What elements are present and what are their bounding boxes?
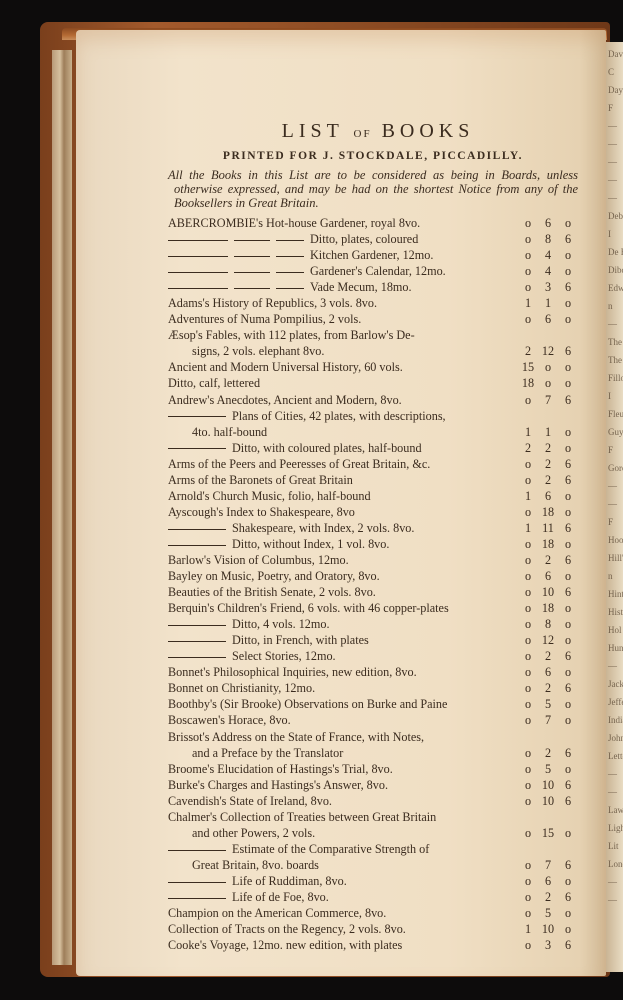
price-pounds: o [518, 616, 538, 632]
book-title-cell: Ancient and Modern Universal History, 60… [168, 359, 516, 375]
price-pounds: o [518, 568, 538, 584]
book-list-row: Estimate of the Comparative Strength of [168, 841, 578, 857]
book-price: o6o [516, 311, 578, 327]
price-shillings: 6 [538, 488, 558, 504]
facing-page-text-fragment: — [608, 175, 623, 186]
facing-page-text-fragment: F [608, 517, 623, 528]
price-shillings: 2 [538, 680, 558, 696]
book-list-row: Ditto, plates, colouredo86 [168, 231, 578, 247]
book-title: Boscawen's Horace, 8vo. [168, 713, 291, 727]
book-price: o5o [516, 696, 578, 712]
book-price: o7o [516, 712, 578, 728]
book-title: Champion on the American Commerce, 8vo. [168, 906, 386, 920]
book-title: Life of de Foe, 8vo. [232, 890, 329, 904]
price-pence: o [558, 247, 578, 263]
facing-page-text-fragment: — [608, 121, 623, 132]
book-title: Barlow's Vision of Columbus, 12mo. [168, 553, 349, 567]
facing-page-text-fragment: — [608, 787, 623, 798]
price-shillings: 2 [538, 472, 558, 488]
price-pence: o [558, 295, 578, 311]
price-pounds: o [518, 664, 538, 680]
book-title-cell: Broome's Elucidation of Hastings's Trial… [168, 761, 516, 777]
book-title: Berquin's Children's Friend, 6 vols. wit… [168, 601, 449, 615]
price-pence: 6 [558, 231, 578, 247]
price-pounds: o [518, 584, 538, 600]
facing-page-text-fragment: F [608, 445, 623, 456]
book-title-cell: Andrew's Anecdotes, Ancient and Modern, … [168, 392, 516, 408]
book-title-cell: Adams's History of Republics, 3 vols. 8v… [168, 295, 516, 311]
book-list-row: Berquin's Children's Friend, 6 vols. wit… [168, 600, 578, 616]
facing-page-text-fragment: The [608, 337, 623, 348]
price-pounds: 1 [518, 295, 538, 311]
facing-page-text-fragment: — [608, 481, 623, 492]
price-shillings: 11 [538, 520, 558, 536]
price-pounds: 1 [518, 488, 538, 504]
page-content: LIST OF BOOKS PRINTED FOR J. STOCKDALE, … [168, 118, 578, 953]
book-title: Beauties of the British Senate, 2 vols. … [168, 585, 376, 599]
book-list-row: Ayscough's Index to Shakespeare, 8voo18o [168, 504, 578, 520]
facing-page-text-fragment: n [608, 301, 623, 312]
book-list-row: Champion on the American Commerce, 8vo.o… [168, 905, 578, 921]
price-pence: o [558, 664, 578, 680]
price-pounds: o [518, 311, 538, 327]
price-pounds: o [518, 761, 538, 777]
ditto-dash-rule [234, 240, 270, 241]
book-title: Andrew's Anecdotes, Ancient and Modern, … [168, 393, 402, 407]
facing-page-text-fragment: India [608, 715, 623, 726]
price-pounds: 15 [518, 359, 538, 375]
price-shillings: o [538, 375, 558, 391]
facing-page-text-fragment: Hook [608, 535, 623, 546]
book-price: o86 [516, 231, 578, 247]
book-title: Brissot's Address on the State of France… [168, 730, 424, 744]
book-title-cell: Burke's Charges and Hastings's Answer, 8… [168, 777, 516, 793]
book-title: Æsop's Fables, with 112 plates, from Bar… [168, 328, 415, 342]
publisher-line: PRINTED FOR J. STOCKDALE, PICCADILLY. [168, 148, 578, 164]
book-price: o18o [516, 536, 578, 552]
boards-notice: All the Books in this List are to be con… [168, 168, 578, 210]
facing-page-text-fragment: Day's [608, 85, 623, 96]
price-shillings: 2 [538, 889, 558, 905]
book-title: and other Powers, 2 vols. [192, 826, 315, 840]
price-pence: o [558, 632, 578, 648]
book-price: 18oo [516, 375, 578, 391]
price-pence: 6 [558, 456, 578, 472]
book-list-row: Burke's Charges and Hastings's Answer, 8… [168, 777, 578, 793]
price-shillings: 2 [538, 440, 558, 456]
book-title: 4to. half-bound [192, 425, 267, 439]
book-list-row: Boothby's (Sir Brooke) Observations on B… [168, 696, 578, 712]
facing-page-text-fragment: Fillon [608, 373, 623, 384]
book-title-cell: and a Preface by the Translator [168, 745, 516, 761]
facing-page-text-fragment: — [608, 319, 623, 330]
book-title-cell: Plans of Cities, 42 plates, with descrip… [168, 408, 516, 424]
price-pence: 6 [558, 777, 578, 793]
book-list-row: Bonnet on Christianity, 12mo.o26 [168, 680, 578, 696]
book-title-cell: Cooke's Voyage, 12mo. new edition, with … [168, 937, 516, 953]
facing-page-text-fragment: — [608, 499, 623, 510]
book-title-cell: Estimate of the Comparative Strength of [168, 841, 516, 857]
book-title-cell: ABERCROMBIE's Hot-house Gardener, royal … [168, 215, 516, 231]
facing-page-text-fragment: Hol [608, 625, 623, 636]
book-list-row: Ditto, without Index, 1 vol. 8vo.o18o [168, 536, 578, 552]
price-shillings: 10 [538, 584, 558, 600]
price-shillings: 4 [538, 263, 558, 279]
book-price: o26 [516, 552, 578, 568]
book-list-row: Kitchen Gardener, 12mo.o4o [168, 247, 578, 263]
book-list-row: Andrew's Anecdotes, Ancient and Modern, … [168, 392, 578, 408]
title-word-list: LIST [282, 120, 344, 142]
price-pence: 6 [558, 793, 578, 809]
price-shillings: 2 [538, 456, 558, 472]
book-title-cell: Bonnet's Philosophical Inquiries, new ed… [168, 664, 516, 680]
book-title-cell: Shakespeare, with Index, 2 vols. 8vo. [168, 520, 516, 536]
price-pounds: 2 [518, 440, 538, 456]
book-title-cell: Barlow's Vision of Columbus, 12mo. [168, 552, 516, 568]
price-pounds: o [518, 793, 538, 809]
price-pounds: 1 [518, 520, 538, 536]
price-pence: 6 [558, 343, 578, 359]
price-shillings: 7 [538, 392, 558, 408]
ditto-dash-rule [168, 625, 226, 626]
facing-page-text-fragment: I [608, 391, 623, 402]
price-pence: o [558, 504, 578, 520]
price-pence: o [558, 375, 578, 391]
book-list-row: Boscawen's Horace, 8vo.o7o [168, 712, 578, 728]
ditto-dash-rule [168, 882, 226, 883]
ditto-dash-rule [168, 545, 226, 546]
price-pence: o [558, 921, 578, 937]
price-pence: o [558, 488, 578, 504]
book-title-cell: Brissot's Address on the State of France… [168, 729, 516, 745]
book-title-cell: Life of de Foe, 8vo. [168, 889, 516, 905]
book-price: 11o [516, 424, 578, 440]
book-title-cell: Arms of the Peers and Peeresses of Great… [168, 456, 516, 472]
facing-page-text-fragment: Law [608, 805, 623, 816]
facing-page-text-fragment: Dibdin [608, 265, 623, 276]
price-shillings: 1 [538, 424, 558, 440]
price-pence: 6 [558, 552, 578, 568]
book-title: Life of Ruddiman, 8vo. [232, 874, 347, 888]
price-shillings: 2 [538, 648, 558, 664]
price-pounds: 1 [518, 921, 538, 937]
book-list-row: Life of de Foe, 8vo.o26 [168, 889, 578, 905]
book-list-row: and other Powers, 2 vols.o15o [168, 825, 578, 841]
price-pounds: o [518, 392, 538, 408]
price-shillings: 7 [538, 857, 558, 873]
book-title: signs, 2 vols. elephant 8vo. [192, 344, 324, 358]
book-list-row: Gardener's Calendar, 12mo.o4o [168, 263, 578, 279]
book-price: o12o [516, 632, 578, 648]
book-price: 16o [516, 488, 578, 504]
facing-page-text-fragment: — [608, 139, 623, 150]
facing-page-text-fragment: Fleur [608, 409, 623, 420]
price-shillings: 7 [538, 712, 558, 728]
ditto-dash-rule [234, 288, 270, 289]
book-title-cell: Beauties of the British Senate, 2 vols. … [168, 584, 516, 600]
book-title: Burke's Charges and Hastings's Answer, 8… [168, 778, 388, 792]
book-title: Kitchen Gardener, 12mo. [310, 248, 433, 262]
price-shillings: 8 [538, 231, 558, 247]
price-pence: o [558, 424, 578, 440]
price-shillings: 6 [538, 664, 558, 680]
book-title-cell: Ditto, with coloured plates, half-bound [168, 440, 516, 456]
price-shillings: 10 [538, 921, 558, 937]
price-pounds: o [518, 696, 538, 712]
facing-page-text-fragment: Hint [608, 589, 623, 600]
price-pence: o [558, 761, 578, 777]
price-shillings: 3 [538, 279, 558, 295]
price-shillings: 4 [538, 247, 558, 263]
book-price: o4o [516, 263, 578, 279]
book-list-row: signs, 2 vols. elephant 8vo.2126 [168, 343, 578, 359]
book-title-cell: Vade Mecum, 18mo. [168, 279, 516, 295]
book-title: Arms of the Baronets of Great Britain [168, 473, 353, 487]
book-title-cell: Arms of the Baronets of Great Britain [168, 472, 516, 488]
price-pence: o [558, 825, 578, 841]
book-price: o4o [516, 247, 578, 263]
book-title: Plans of Cities, 42 plates, with descrip… [232, 409, 446, 423]
book-title: Vade Mecum, 18mo. [310, 280, 412, 294]
book-title-cell: Collection of Tracts on the Regency, 2 v… [168, 921, 516, 937]
facing-page-text-fragment: Edwa [608, 283, 623, 294]
price-pounds: o [518, 937, 538, 953]
price-pence: 6 [558, 680, 578, 696]
facing-page-text-fragment: John [608, 733, 623, 744]
book-price: o18o [516, 504, 578, 520]
book-list-row: Cooke's Voyage, 12mo. new edition, with … [168, 937, 578, 953]
book-title-cell: Cavendish's State of Ireland, 8vo. [168, 793, 516, 809]
ditto-dash-rule [168, 850, 226, 851]
book-list-row: Broome's Elucidation of Hastings's Trial… [168, 761, 578, 777]
ditto-dash-rule [168, 416, 226, 417]
facing-page-text-fragment: I [608, 229, 623, 240]
book-list-row: Chalmer's Collection of Treaties between… [168, 809, 578, 825]
price-pence: 6 [558, 472, 578, 488]
price-pounds: o [518, 632, 538, 648]
book-list-row: Ditto, 4 vols. 12mo.o8o [168, 616, 578, 632]
price-pence: o [558, 440, 578, 456]
book-price: 1116 [516, 520, 578, 536]
price-pounds: o [518, 777, 538, 793]
price-pounds: o [518, 279, 538, 295]
ditto-dash-rule [168, 272, 228, 273]
book-title: Adams's History of Republics, 3 vols. 8v… [168, 296, 377, 310]
book-title-cell: and other Powers, 2 vols. [168, 825, 516, 841]
facing-page-text-fragment: Jeffer [608, 697, 623, 708]
facing-page-text-fragment: — [608, 769, 623, 780]
price-shillings: 1 [538, 295, 558, 311]
price-pence: o [558, 616, 578, 632]
price-pence: 6 [558, 889, 578, 905]
book-price: 110o [516, 921, 578, 937]
book-price: o5o [516, 905, 578, 921]
book-title: Bonnet on Christianity, 12mo. [168, 681, 315, 695]
book-title: Bayley on Music, Poetry, and Oratory, 8v… [168, 569, 380, 583]
facing-page-text-fragment: Lit [608, 841, 623, 852]
book-title-cell: Ayscough's Index to Shakespeare, 8vo [168, 504, 516, 520]
book-price: o15o [516, 825, 578, 841]
book-title-cell: Æsop's Fables, with 112 plates, from Bar… [168, 327, 516, 343]
book-list-row: ABERCROMBIE's Hot-house Gardener, royal … [168, 215, 578, 231]
price-pence: o [558, 600, 578, 616]
price-pounds: o [518, 552, 538, 568]
book-list-row: Adams's History of Republics, 3 vols. 8v… [168, 295, 578, 311]
book-price: o26 [516, 680, 578, 696]
book-title-cell: Arnold's Church Music, folio, half-bound [168, 488, 516, 504]
book-list-row: Ditto, calf, lettered18oo [168, 375, 578, 391]
book-title-cell: Chalmer's Collection of Treaties between… [168, 809, 516, 825]
book-price: o106 [516, 584, 578, 600]
book-title-cell: signs, 2 vols. elephant 8vo. [168, 343, 516, 359]
book-title: Select Stories, 12mo. [232, 649, 336, 663]
book-title-cell: Select Stories, 12mo. [168, 648, 516, 664]
price-pounds: o [518, 873, 538, 889]
book-price: o6o [516, 873, 578, 889]
book-title: Cooke's Voyage, 12mo. new edition, with … [168, 938, 402, 952]
book-title-cell: Ditto, calf, lettered [168, 375, 516, 391]
book-title-cell: Ditto, plates, coloured [168, 231, 516, 247]
price-shillings: 18 [538, 504, 558, 520]
book-list-row: Collection of Tracts on the Regency, 2 v… [168, 921, 578, 937]
facing-page-text-fragment: — [608, 193, 623, 204]
price-pounds: o [518, 905, 538, 921]
price-shillings: 18 [538, 536, 558, 552]
price-pounds: o [518, 263, 538, 279]
ditto-dash-rule [168, 240, 228, 241]
book-list-row: Ditto, with coloured plates, half-bound2… [168, 440, 578, 456]
price-pounds: o [518, 600, 538, 616]
book-list-row: Adventures of Numa Pompilius, 2 vols.o6o [168, 311, 578, 327]
book-list-row: Beauties of the British Senate, 2 vols. … [168, 584, 578, 600]
book-title-cell: Gardener's Calendar, 12mo. [168, 263, 516, 279]
facing-page-text-fragment: De Fo [608, 247, 623, 258]
price-pence: 6 [558, 392, 578, 408]
book-price: o8o [516, 616, 578, 632]
book-title-cell: Bayley on Music, Poetry, and Oratory, 8v… [168, 568, 516, 584]
ditto-dash-rule [168, 898, 226, 899]
book-title-cell: Great Britain, 8vo. boards [168, 857, 516, 873]
price-pounds: o [518, 231, 538, 247]
price-shillings: 12 [538, 343, 558, 359]
book-list-row: Barlow's Vision of Columbus, 12mo.o26 [168, 552, 578, 568]
facing-page-text-fragment: Guy's [608, 427, 623, 438]
price-pounds: o [518, 504, 538, 520]
facing-page-text-fragment: Hunt [608, 643, 623, 654]
price-pence: 6 [558, 279, 578, 295]
facing-page-text-fragment: Jack [608, 679, 623, 690]
price-shillings: 18 [538, 600, 558, 616]
book-title-cell: Ditto, without Index, 1 vol. 8vo. [168, 536, 516, 552]
book-title: Great Britain, 8vo. boards [192, 858, 319, 872]
book-title: Arms of the Peers and Peeresses of Great… [168, 457, 430, 471]
price-shillings: 6 [538, 215, 558, 231]
book-price: o18o [516, 600, 578, 616]
price-pence: o [558, 873, 578, 889]
price-shillings: 6 [538, 568, 558, 584]
book-list-row: Life of Ruddiman, 8vo.o6o [168, 873, 578, 889]
book-title-cell: Boothby's (Sir Brooke) Observations on B… [168, 696, 516, 712]
book-price: o6o [516, 664, 578, 680]
title-word-books: BOOKS [382, 120, 475, 142]
price-shillings: 5 [538, 905, 558, 921]
price-pence: o [558, 712, 578, 728]
price-pence: 6 [558, 648, 578, 664]
ditto-dash-rule [168, 256, 228, 257]
price-pounds: o [518, 889, 538, 905]
book-title-cell: Ditto, in French, with plates [168, 632, 516, 648]
book-price: o5o [516, 761, 578, 777]
book-list-row: Bonnet's Philosophical Inquiries, new ed… [168, 664, 578, 680]
book-price: o76 [516, 392, 578, 408]
book-title: Ditto, without Index, 1 vol. 8vo. [232, 537, 389, 551]
price-pence: 6 [558, 937, 578, 953]
price-pence: 6 [558, 584, 578, 600]
price-shillings: 2 [538, 745, 558, 761]
price-shillings: 6 [538, 873, 558, 889]
book-title: Chalmer's Collection of Treaties between… [168, 810, 436, 824]
price-shillings: 5 [538, 696, 558, 712]
price-pence: o [558, 359, 578, 375]
book-title-cell: 4to. half-bound [168, 424, 516, 440]
book-price: 15oo [516, 359, 578, 375]
price-pounds: o [518, 712, 538, 728]
price-pence: o [558, 696, 578, 712]
facing-page-text-fragment: C [608, 67, 623, 78]
title-word-of: OF [354, 128, 372, 140]
book-list-row: Arnold's Church Music, folio, half-bound… [168, 488, 578, 504]
book-title: Estimate of the Comparative Strength of [232, 842, 429, 856]
book-title: Bonnet's Philosophical Inquiries, new ed… [168, 665, 417, 679]
book-list-row: Arms of the Peers and Peeresses of Great… [168, 456, 578, 472]
price-pence: o [558, 536, 578, 552]
book-title: Ancient and Modern Universal History, 60… [168, 360, 403, 374]
book-title-cell: Kitchen Gardener, 12mo. [168, 247, 516, 263]
book-price: o6o [516, 568, 578, 584]
book-list: ABERCROMBIE's Hot-house Gardener, royal … [168, 215, 578, 953]
ditto-dash-rule [168, 529, 226, 530]
book-price: 11o [516, 295, 578, 311]
ditto-dash-rule [276, 240, 304, 241]
book-title: ABERCROMBIE's Hot-house Gardener, royal … [168, 216, 420, 230]
book-title: Gardener's Calendar, 12mo. [310, 264, 446, 278]
price-pence: 6 [558, 745, 578, 761]
price-pounds: o [518, 680, 538, 696]
price-pounds: o [518, 745, 538, 761]
book-price: o36 [516, 937, 578, 953]
facing-page-text-fragment: — [608, 661, 623, 672]
facing-page-text-fragment: Ligh [608, 823, 623, 834]
book-price: o36 [516, 279, 578, 295]
price-pounds: o [518, 825, 538, 841]
price-pounds: o [518, 215, 538, 231]
facing-page-text-fragment: — [608, 157, 623, 168]
facing-page-text-fragment: — [608, 895, 623, 906]
book-list-row: Cavendish's State of Ireland, 8vo.o106 [168, 793, 578, 809]
price-shillings: 2 [538, 552, 558, 568]
book-title-cell: Life of Ruddiman, 8vo. [168, 873, 516, 889]
book-list-row: and a Preface by the Translatoro26 [168, 745, 578, 761]
price-pounds: o [518, 247, 538, 263]
book-price: o26 [516, 456, 578, 472]
facing-page-text-fragment: Letter [608, 751, 623, 762]
book-list-row: 4to. half-bound11o [168, 424, 578, 440]
facing-page-text-fragment: — [608, 877, 623, 888]
ditto-dash-rule [234, 272, 270, 273]
book-title: Ditto, 4 vols. 12mo. [232, 617, 330, 631]
book-price: o26 [516, 889, 578, 905]
book-title: Ditto, with coloured plates, half-bound [232, 441, 422, 455]
